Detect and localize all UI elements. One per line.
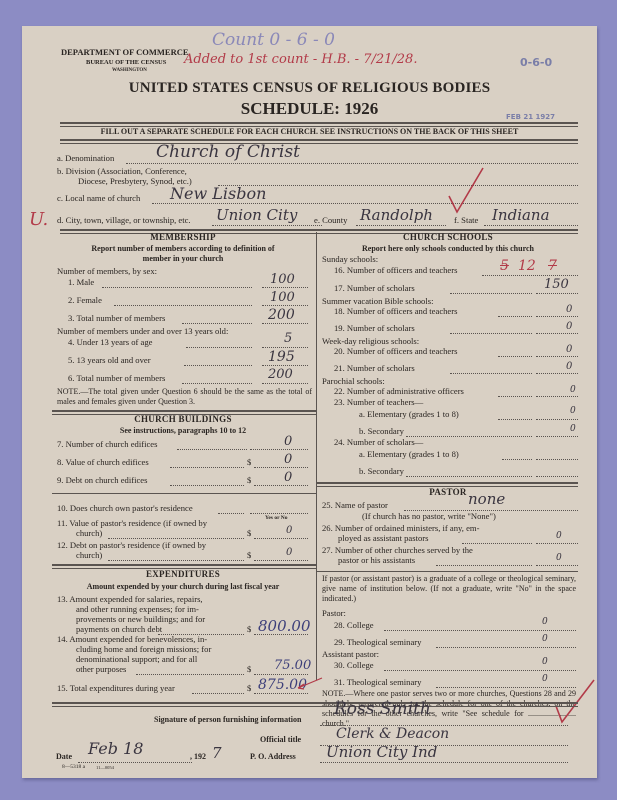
official-title-field[interactable]: Clerk & Deacon bbox=[336, 726, 449, 742]
expense-13-label: payments on church debt bbox=[76, 624, 162, 634]
membership-subtitle-1: Report number of members according to de… bbox=[52, 244, 314, 253]
scholars-elementary-label: a. Elementary (grades 1 to 8) bbox=[359, 449, 459, 459]
margin-mark: U. bbox=[29, 209, 48, 230]
parochial-scholars-label: 24. Number of scholars— bbox=[334, 437, 423, 447]
city-label: WASHINGTON bbox=[112, 68, 147, 73]
summer-officers-field[interactable]: 0 bbox=[566, 304, 572, 315]
weekday-scholars-label: 21. Number of scholars bbox=[334, 363, 415, 373]
edifices-count-field[interactable]: 0 bbox=[284, 434, 292, 449]
arrow-mark-icon bbox=[294, 676, 324, 692]
total-members-label: 3. Total number of members bbox=[68, 313, 165, 323]
edifices-debt-field[interactable]: 0 bbox=[284, 470, 292, 485]
teachers-secondary-label: b. Secondary bbox=[359, 426, 404, 436]
po-address-label: P. O. Address bbox=[250, 752, 296, 761]
membership-note: NOTE.—The total given under Question 6 s… bbox=[57, 387, 312, 407]
membership-subtitle-2: member in your church bbox=[52, 254, 314, 263]
expenditures-subtitle: Amount expended by your church during la… bbox=[52, 582, 314, 591]
residence-debt-label-2: church) bbox=[76, 550, 102, 560]
under-13-label: 4. Under 13 years of age bbox=[68, 337, 152, 347]
expense-14-field[interactable]: 75.00 bbox=[274, 658, 311, 673]
state-field[interactable]: Indiana bbox=[492, 206, 550, 224]
q28-field[interactable]: 0 bbox=[542, 617, 548, 627]
date-field[interactable]: Feb 18 bbox=[88, 739, 143, 758]
over-13-label: 5. 13 years old and over bbox=[68, 355, 151, 365]
teachers-elementary-label: a. Elementary (grades 1 to 8) bbox=[359, 409, 459, 419]
print-number: 11—0054 bbox=[96, 765, 114, 770]
q26-field[interactable]: 0 bbox=[556, 531, 562, 541]
q31-field[interactable]: 0 bbox=[542, 674, 548, 684]
dollar-sign: $ bbox=[247, 664, 251, 674]
edifices-count-label: 7. Number of church edifices bbox=[57, 439, 157, 449]
po-address-field[interactable]: Union City Ind bbox=[326, 743, 437, 761]
expense-13-field[interactable]: 800.00 bbox=[258, 617, 311, 635]
q27-field[interactable]: 0 bbox=[556, 553, 562, 563]
expense-14-label: denominational support; and for all bbox=[76, 654, 197, 664]
expense-15-label: 15. Total expenditures during year bbox=[57, 683, 175, 693]
membership-title: MEMBERSHIP bbox=[52, 232, 314, 242]
q31-label: 31. Theological seminary bbox=[334, 677, 421, 687]
pastor-sub-label: Pastor: bbox=[322, 608, 346, 618]
parochial-teachers-label: 23. Number of teachers— bbox=[334, 397, 423, 407]
denomination-field[interactable]: Church of Christ bbox=[156, 142, 300, 162]
summer-schools-label: Summer vacation Bible schools: bbox=[322, 296, 433, 306]
dollar-sign: $ bbox=[247, 528, 251, 538]
edifices-value-field[interactable]: 0 bbox=[284, 452, 292, 467]
summer-scholars-field[interactable]: 0 bbox=[566, 321, 572, 332]
division-label-1: b. Division (Association, Conference, bbox=[57, 166, 187, 176]
added-annotation: Added to 1st count - H.B. - 7/21/28. bbox=[184, 52, 417, 67]
sunday-officers-struck-1: 5 bbox=[500, 258, 509, 274]
received-date-stamp: FEB 21 1927 bbox=[506, 113, 555, 121]
local-name-label: c. Local name of church bbox=[57, 193, 140, 203]
residence-value-label: 11. Value of pastor's residence (if owne… bbox=[57, 518, 207, 528]
department-label: DEPARTMENT OF COMMERCE bbox=[61, 47, 189, 57]
graduate-note: If pastor (or assistant pastor) is a gra… bbox=[322, 574, 576, 604]
q26-label-2: ployed as assistant pastors bbox=[338, 533, 428, 543]
expense-14-label: cluding home and foreign missions; for bbox=[76, 644, 211, 654]
weekday-schools-label: Week-day religious schools: bbox=[322, 336, 419, 346]
pastor-title: PASTOR bbox=[318, 487, 578, 497]
year-prefix: , 192 bbox=[190, 752, 206, 761]
city-label: d. City, town, village, or township, etc… bbox=[57, 215, 191, 225]
members-by-age-label: Number of members under and over 13 year… bbox=[57, 326, 228, 336]
checkmark-icon bbox=[552, 676, 596, 726]
signature-label: Signature of person furnishing informati… bbox=[154, 715, 301, 724]
members-by-sex-label: Number of members, by sex: bbox=[57, 266, 157, 276]
count-annotation: Count 0 - 6 - 0 bbox=[212, 30, 335, 50]
residence-value-label-2: church) bbox=[76, 528, 102, 538]
checkmark-icon bbox=[447, 166, 487, 216]
dollar-sign: $ bbox=[247, 624, 251, 634]
q27-label-1: 27. Number of other churches served by t… bbox=[322, 545, 473, 555]
teachers-secondary-field[interactable]: 0 bbox=[570, 424, 576, 434]
buildings-title: CHURCH BUILDINGS bbox=[52, 414, 314, 424]
parochial-admin-label: 22. Number of administrative officers bbox=[334, 386, 464, 396]
sunday-scholars-field[interactable]: 150 bbox=[544, 277, 569, 292]
assistant-sub-label: Assistant pastor: bbox=[322, 649, 379, 659]
male-count-field[interactable]: 100 bbox=[270, 272, 295, 287]
scholars-secondary-label: b. Secondary bbox=[359, 466, 404, 476]
denomination-label: a. Denomination bbox=[57, 153, 114, 163]
sunday-scholars-label: 17. Number of scholars bbox=[334, 283, 415, 293]
census-schedule-sheet: Count 0 - 6 - 0 0-6-0 DEPARTMENT OF COMM… bbox=[22, 26, 597, 778]
parochial-schools-label: Parochial schools: bbox=[322, 376, 385, 386]
local-name-field[interactable]: New Lisbon bbox=[170, 184, 266, 203]
sunday-officers-struck-2: 7 bbox=[548, 258, 557, 274]
pastor-name-field[interactable]: none bbox=[468, 490, 505, 508]
state-label: f. State bbox=[454, 215, 478, 225]
dollar-sign: $ bbox=[247, 457, 251, 467]
total-members-field[interactable]: 200 bbox=[268, 307, 295, 323]
over-13-field[interactable]: 195 bbox=[268, 349, 295, 365]
q30-field[interactable]: 0 bbox=[542, 657, 548, 667]
instruction-banner: FILL OUT A SEPARATE SCHEDULE FOR EACH CH… bbox=[22, 127, 597, 136]
county-label: e. County bbox=[314, 215, 347, 225]
q26-label-1: 26. Number of ordained ministers, if any… bbox=[322, 523, 479, 533]
signature-field[interactable]: Ross Smith bbox=[334, 699, 431, 719]
q29-label: 29. Theological seminary bbox=[334, 637, 421, 647]
edifices-value-label: 8. Value of church edifices bbox=[57, 457, 149, 467]
dollar-sign: $ bbox=[247, 683, 251, 693]
city-field[interactable]: Union City bbox=[216, 206, 297, 224]
under-13-field[interactable]: 5 bbox=[284, 331, 292, 346]
weekday-officers-field[interactable]: 0 bbox=[566, 344, 572, 355]
teachers-elementary-field[interactable]: 0 bbox=[570, 406, 576, 416]
schools-subtitle: Report here only schools conducted by th… bbox=[318, 244, 578, 253]
yes-no-hint: Yes or No bbox=[265, 515, 288, 521]
year-field[interactable]: 7 bbox=[212, 744, 222, 762]
expense-13-label: 13. Amount expended for salaries, repair… bbox=[57, 594, 203, 604]
sunday-schools-label: Sunday schools: bbox=[322, 254, 378, 264]
q30-label: 30. College bbox=[334, 660, 374, 670]
total-members-age-label: 6. Total number of members bbox=[68, 373, 165, 383]
residence-debt-field[interactable]: 0 bbox=[286, 547, 292, 558]
expense-14-label: other purposes bbox=[76, 664, 126, 674]
dollar-sign: $ bbox=[247, 550, 251, 560]
pastor-name-label: 25. Name of pastor bbox=[322, 500, 388, 510]
weekday-officers-label: 20. Number of officers and teachers bbox=[334, 346, 457, 356]
expense-13-label: provements or new buildings; and for bbox=[76, 614, 205, 624]
sunday-officers-label: 16. Number of officers and teachers bbox=[334, 265, 457, 275]
q27-label-2: pastor or his assistants bbox=[338, 555, 415, 565]
form-title: UNITED STATES CENSUS OF RELIGIOUS BODIES bbox=[22, 80, 597, 97]
weekday-scholars-field[interactable]: 0 bbox=[566, 361, 572, 372]
expenditures-title: EXPENDITURES bbox=[52, 569, 314, 579]
edifices-debt-label: 9. Debt on church edifices bbox=[57, 475, 147, 485]
pastor-name-hint: (If church has no pastor, write "None") bbox=[362, 511, 496, 521]
female-count-field[interactable]: 100 bbox=[270, 290, 295, 305]
bureau-label: BUREAU OF THE CENSUS bbox=[86, 59, 166, 66]
total-members-age-field[interactable]: 200 bbox=[268, 367, 293, 382]
q29-field[interactable]: 0 bbox=[542, 634, 548, 644]
expense-14-label: 14. Amount expended for benevolences, in… bbox=[57, 634, 207, 644]
county-field[interactable]: Randolph bbox=[360, 206, 433, 224]
residence-value-field[interactable]: 0 bbox=[286, 525, 292, 536]
form-number: 8—5318 a bbox=[62, 764, 85, 770]
q28-label: 28. College bbox=[334, 620, 374, 630]
summer-officers-label: 18. Number of officers and teachers bbox=[334, 306, 457, 316]
parochial-admin-field[interactable]: 0 bbox=[570, 385, 576, 395]
dollar-sign: $ bbox=[247, 475, 251, 485]
code-stamp: 0-6-0 bbox=[520, 56, 552, 69]
expense-13-label: and other running expenses; for im- bbox=[76, 604, 199, 614]
buildings-subtitle: See instructions, paragraphs 10 to 12 bbox=[52, 426, 314, 435]
owns-residence-label: 10. Does church own pastor's residence bbox=[57, 503, 193, 513]
female-label: 2. Female bbox=[68, 295, 102, 305]
official-title-label: Official title bbox=[260, 735, 301, 744]
summer-scholars-label: 19. Number of scholars bbox=[334, 323, 415, 333]
residence-debt-label: 12. Debt on pastor's residence (if owned… bbox=[57, 540, 206, 550]
male-label: 1. Male bbox=[68, 277, 94, 287]
date-label: Date bbox=[56, 752, 72, 761]
sunday-officers-field[interactable]: 12 bbox=[518, 258, 536, 274]
schools-title: CHURCH SCHOOLS bbox=[318, 232, 578, 242]
